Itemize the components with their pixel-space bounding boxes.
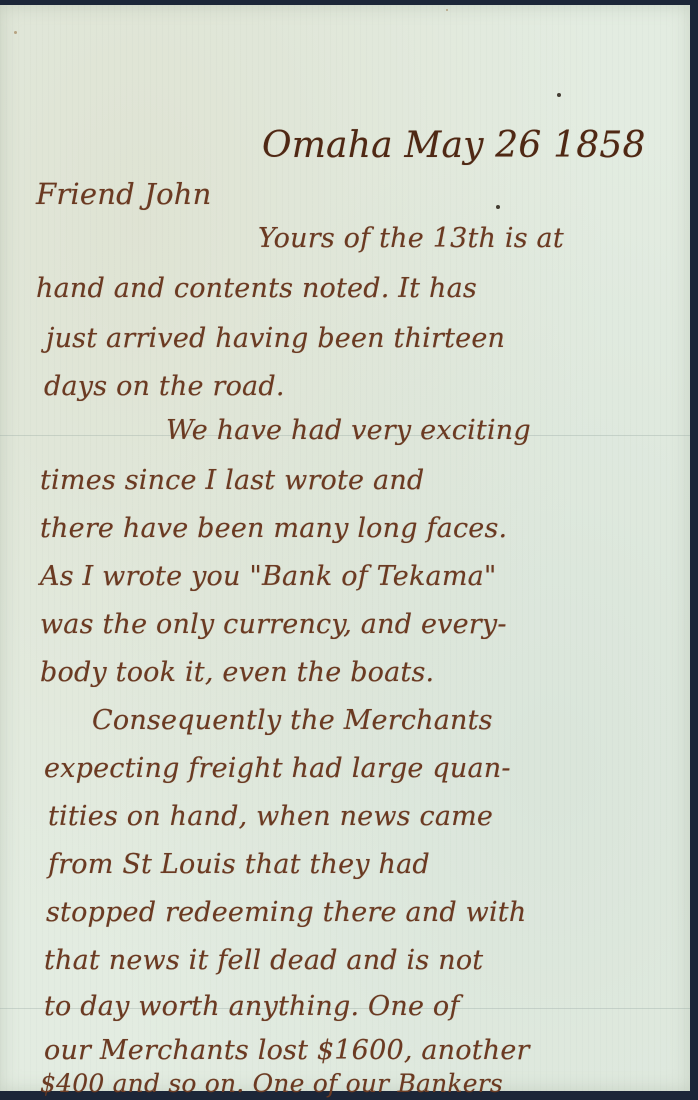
letter-line: stopped redeeming there and with [46,897,526,928]
ink-speck [446,9,448,11]
letter-line: As I wrote you "Bank of Tekama" [40,561,497,592]
scanned-letter: Omaha May 26 1858 Friend John Yours of t… [0,0,698,1100]
letter-line: $400 and so on. One of our Bankers [40,1069,503,1098]
letter-line: body took it, even the boats. [40,657,434,688]
letter-line: was the only currency, and every- [40,609,507,640]
letter-line: just arrived having been thirteen [46,323,505,354]
letter-salutation: Friend John [36,177,212,211]
letter-line: times since I last wrote and [40,465,424,496]
letter-place-date: Omaha May 26 1858 [262,125,646,166]
letter-line: from St Louis that they had [48,849,430,880]
letter-page: Omaha May 26 1858 Friend John Yours of t… [0,5,690,1091]
letter-line: our Merchants lost $1600, another [44,1035,530,1066]
ink-dot [496,205,500,209]
letter-line: Yours of the 13th is at [258,223,564,254]
letter-line: that news it fell dead and is not [44,945,483,976]
letter-line: Consequently the Merchants [92,705,493,736]
letter-line: days on the road. [44,371,285,402]
letter-line: expecting freight had large quan- [44,753,511,784]
letter-line: there have been many long faces. [40,513,507,544]
letter-line: We have had very exciting [166,415,531,446]
letter-line: hand and contents noted. It has [36,273,477,304]
letter-line: to day worth anything. One of [44,991,460,1022]
letter-line: tities on hand, when news came [48,801,493,832]
ink-speck [14,31,17,34]
ink-dot [557,93,561,97]
